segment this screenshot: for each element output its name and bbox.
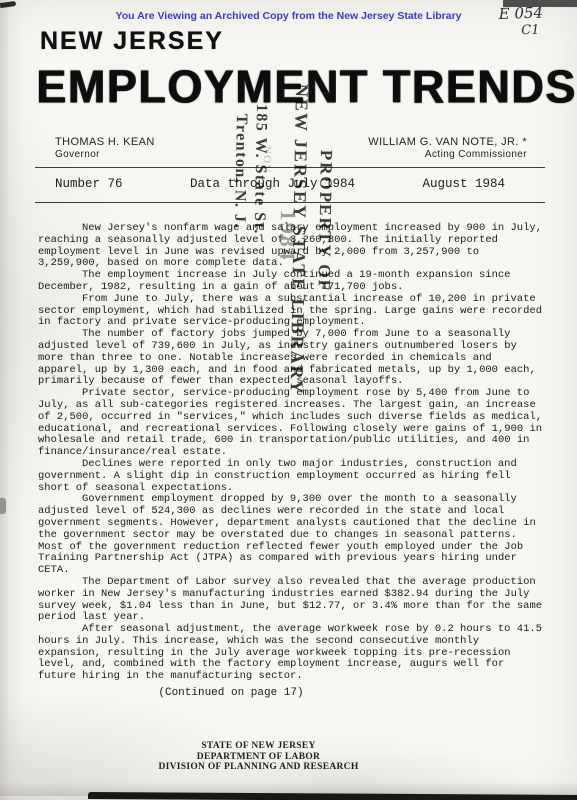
issue-info-row: Number 76 Data through July 1984 August … xyxy=(55,177,505,191)
issue-number: Number 76 xyxy=(55,177,123,191)
call-number-line1: E 054 xyxy=(498,4,559,23)
continued-note: (Continued on page 17) xyxy=(0,687,462,699)
governor-block: THOMAS H. KEAN Governor xyxy=(55,136,155,160)
stamp-date-month: NOV xyxy=(261,146,272,174)
paragraph: Government employment dropped by 9,300 o… xyxy=(38,494,544,577)
paragraph: Private sector, service-producing employ… xyxy=(38,388,544,459)
call-number-line2: C1 xyxy=(521,21,560,39)
footer-line3: DIVISION OF PLANNING AND RESEARCH xyxy=(0,762,517,773)
stamp-property-line: PROPERTY OF xyxy=(316,150,335,292)
footer-line1: STATE OF NEW JERSEY xyxy=(0,741,517,752)
paragraph: After seasonal adjustment, the average w… xyxy=(38,624,544,683)
commissioner-name: WILLIAM G. VAN NOTE, JR. * xyxy=(368,136,527,148)
paragraph: Declines were reported in only two major… xyxy=(38,459,544,494)
footer-agency-block: STATE OF NEW JERSEY DEPARTMENT OF LABOR … xyxy=(0,741,517,773)
stamp-city-line: Trenton, N. J. xyxy=(231,114,249,229)
scanned-document-page: You Are Viewing an Archived Copy from th… xyxy=(0,0,577,800)
commissioner-block: WILLIAM G. VAN NOTE, JR. * Acting Commis… xyxy=(368,136,527,160)
handwritten-call-number: E 054 C1 xyxy=(498,4,559,40)
footer-line2: DEPARTMENT OF LABOR xyxy=(0,752,517,763)
paragraph: The Department of Labor survey also reve… xyxy=(38,577,544,624)
masthead-state: NEW JERSEY xyxy=(40,27,224,56)
scan-artifact-top-left xyxy=(0,1,16,8)
issue-date: August 1984 xyxy=(422,177,505,191)
scan-artifact-left-edge xyxy=(0,498,6,514)
governor-name: THOMAS H. KEAN xyxy=(55,136,155,148)
commissioner-title: Acting Commissioner xyxy=(368,149,527,160)
archive-banner: You Are Viewing an Archived Copy from th… xyxy=(0,10,577,22)
governor-title: Governor xyxy=(55,149,155,160)
